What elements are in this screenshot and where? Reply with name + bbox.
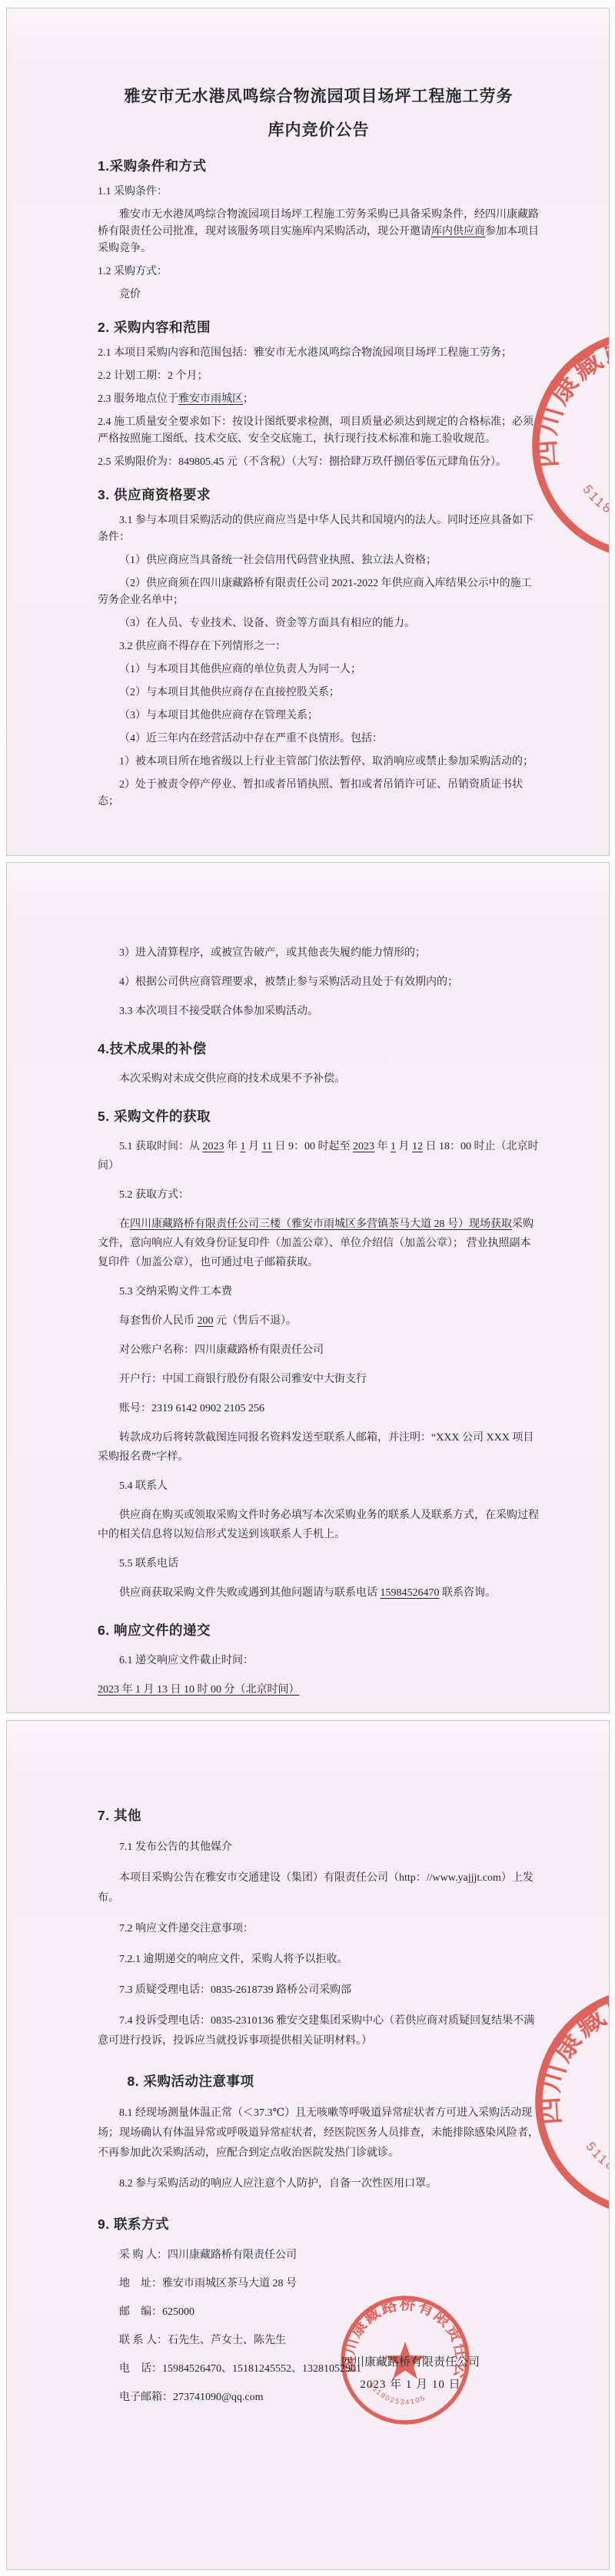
underlined-text: 15984526470 xyxy=(381,1587,440,1599)
text-span: 2.2 计划工期：2 个月； xyxy=(98,370,208,382)
paragraph: 本项目采购公告在雅安市交通建设（集团）有限责任公司（http：//www.yaj… xyxy=(98,1868,540,1908)
text-span: 1.1 采购条件： xyxy=(98,186,168,197)
paragraph: （3）在人员、专业技术、设备、资金等方面具有相应的能力。 xyxy=(98,615,540,632)
paragraph: 5.5 联系电话 xyxy=(98,1554,540,1573)
paragraph: 5.2 获取方式： xyxy=(98,1185,540,1205)
signature-company: 四川康藏路桥有限责任公司 xyxy=(261,2354,560,2371)
underlined-text: 库内供应商 xyxy=(431,226,485,237)
paragraph: 6.2 递交地址 xyxy=(98,1709,540,1713)
underlined-text: 2023 年 1 月 13 日 10 时 00 分（北京时间） xyxy=(98,1684,300,1696)
underlined-text: 12 xyxy=(412,1141,423,1152)
text-span: 4.技术成果的补偿 xyxy=(98,1041,207,1056)
text-span: 8.2 参与采购活动的响应人应注意个人防护，自备一次性医用口罩。 xyxy=(119,2178,437,2190)
contact-line: 邮 编：625000 xyxy=(98,2303,540,2321)
page-1-blocks: 1.1 采购条件：雅安市无水港凤鸣综合物流园项目场坪工程施工劳务采购已具备采购条… xyxy=(98,184,540,811)
text-span: 5. 采购文件的获取 xyxy=(98,1109,211,1124)
text-span: 地 址：雅安市雨城区茶马大道 28 号 xyxy=(119,2278,297,2289)
text-span: 5.1 获取时间：从 xyxy=(119,1141,203,1152)
paragraph: 4）根据公司供应商管理要求，被禁止参与采购活动且处于有效期内的； xyxy=(98,973,540,992)
paragraph: 2.4 施工质量安全要求如下：按设计图纸要求检测，项目质量必须达到规定的合格标准… xyxy=(98,414,540,448)
text-span: （1）与本项目其他供应商的单位负责人为同一人； xyxy=(119,664,361,675)
paragraph: 3.3 本次项目不接受联合体参加采购活动。 xyxy=(98,1002,540,1021)
text-span: 本项目采购公告在雅安市交通建设（集团）有限责任公司（http：//www.yaj… xyxy=(98,1872,534,1904)
text-span: 对公账户名称：四川康藏路桥有限责任公司 xyxy=(119,1344,324,1356)
paragraph: 雅安市无水港凤鸣综合物流园项目场坪工程施工劳务采购已具备采购条件，经四川康藏路桥… xyxy=(98,207,540,257)
text-span: 3）进入清算程序，或被宣告破产，或其他丧失履约能力情形的； xyxy=(119,947,426,959)
text-span: 2.5 采购限价为：849805.45 元（不含税）（大写：捌拾肆万玖仟捌佰零伍… xyxy=(98,456,507,468)
text-span: 在 xyxy=(119,1218,130,1230)
text-span: 8. 采购活动注意事项 xyxy=(128,2074,254,2089)
paragraph: 2.2 计划工期：2 个月； xyxy=(98,368,540,385)
paragraph: 3.2 供应商不得存在下列情形之一： xyxy=(98,638,540,655)
scanned-document-viewer: 四川康藏路桥有限责任公司 511802534105 雅安市无水港凤鸣综合物流园项… xyxy=(0,0,615,2576)
text-span: （4）近三年内在经营活动中存在严重不良情形。包括： xyxy=(119,733,383,744)
paragraph: 账号：2319 6142 0902 2105 256 xyxy=(98,1399,540,1418)
paragraph: 2.5 采购限价为：849805.45 元（不含税）（大写：捌拾肆万玖仟捌佰零伍… xyxy=(98,454,540,471)
section-heading: 4.技术成果的补偿 xyxy=(98,1039,540,1059)
text-span: 2.1 本项目采购内容和范围包括：雅安市无水港凤鸣综合物流园项目场坪工程施工劳务… xyxy=(98,347,512,359)
paragraph: 7.1 发布公告的其他媒介 xyxy=(98,1838,540,1858)
text-span: 6. 响应文件的递交 xyxy=(98,1623,211,1638)
text-span: 供应商在购买或领取采购文件时务必填写本次采购业务的联系人及联系方式，在采购过程中… xyxy=(98,1510,539,1540)
text-span: 3.1 参与本项目采购活动的供应商应当是中华人民共和国境内的法人。同时还应具备如… xyxy=(98,515,534,543)
document-page-3: 四川康藏路桥有限责任公司 511802534105 四川康藏路桥有限责任公司 5… xyxy=(6,1720,610,2570)
page-3-blocks: 7. 其他7.1 发布公告的其他媒介本项目采购公告在雅安市交通建设（集团）有限责… xyxy=(98,1805,540,2406)
text-span: 7.3 质疑受理电话：0835-2618739 路桥公司采购部 xyxy=(119,1984,351,1996)
paragraph: 竞价 xyxy=(98,287,540,303)
paragraph: 1.1 采购条件： xyxy=(98,184,540,201)
text-span: 5.3 交纳采购文件工本费 xyxy=(119,1286,232,1298)
text-span: 2. 采购内容和范围 xyxy=(98,320,211,335)
text-span: 供应商获取采购文件失败或遇到其他问题请与联系电话 xyxy=(119,1587,381,1599)
paragraph: 本次采购对未成交供应商的技术成果不予补偿。 xyxy=(98,1069,540,1089)
paragraph: 2023 年 1 月 13 日 10 时 00 分（北京时间） xyxy=(98,1680,540,1699)
underlined-text: 四川康藏路桥有限责任公司三楼（雅安市雨城区多营镇茶马大道 28 号）现场获取 xyxy=(130,1218,512,1230)
text-span: （2）与本项目其他供应商存在直接控股关系； xyxy=(119,687,340,698)
text-span: 年 xyxy=(374,1141,391,1152)
section-heading: 8. 采购活动注意事项 xyxy=(128,2071,540,2091)
paragraph: 对公账户名称：四川康藏路桥有限责任公司 xyxy=(98,1341,540,1360)
page-2-content: 3）进入清算程序，或被宣告破产，或其他丧失履约能力情形的；4）根据公司供应商管理… xyxy=(7,863,609,1713)
text-span: 2.3 服务地点位于 xyxy=(98,393,178,405)
text-span: 6.1 递交响应文件截止时间： xyxy=(119,1655,254,1666)
paragraph: 7.4 投诉受理电话：0835-2310136 雅安交建集团采购中心（若供应商对… xyxy=(98,2011,540,2051)
paragraph: 转款成功后将转款截图连同报名资料发送至联系人邮箱，并注明：“XXX 公司 XXX… xyxy=(98,1428,540,1467)
paragraph: 5.4 联系人 xyxy=(98,1477,540,1496)
text-span: 1）被本项目所在地省级以上行业主管部门依法暂停、取消响应或禁止参加采购活动的； xyxy=(119,756,534,767)
paragraph: 每套售价人民币 200 元（售后不退）。 xyxy=(98,1311,540,1331)
document-title-line-2: 库内竞价公告 xyxy=(98,119,540,142)
text-span: 5.4 联系人 xyxy=(119,1480,168,1492)
text-span: 8.1 经现场测量体温正常（＜37.3℃）且无咳嗽等呼吸道异常症状者方可进入采购… xyxy=(98,2107,539,2159)
text-span: 2.4 施工质量安全要求如下：按设计图纸要求检测，项目质量必须达到规定的合格标准… xyxy=(98,416,534,445)
contact-line: 联 系 人：石先生、芦女士、陈先生 xyxy=(98,2332,540,2349)
page-2-blocks: 3）进入清算程序，或被宣告破产，或其他丧失履约能力情形的；4）根据公司供应商管理… xyxy=(98,943,540,1713)
text-span: 7. 其他 xyxy=(98,1808,141,1823)
text-span: 日 9：00 时起至 xyxy=(272,1141,353,1152)
paragraph: 1）被本项目所在地省级以上行业主管部门依法暂停、取消响应或禁止参加采购活动的； xyxy=(98,754,540,771)
paragraph: 3）进入清算程序，或被宣告破产，或其他丧失履约能力情形的； xyxy=(98,943,540,963)
underlined-text: 11 xyxy=(262,1141,272,1152)
text-span: 月 xyxy=(246,1141,262,1152)
paragraph: 8.1 经现场测量体温正常（＜37.3℃）且无咳嗽等呼吸道异常症状者方可进入采购… xyxy=(98,2104,540,2163)
text-span: 联 系 人：石先生、芦女士、陈先生 xyxy=(119,2335,286,2346)
paragraph: 7.2.1 逾期递交的响应文件，采购人将予以拒收。 xyxy=(98,1950,540,1970)
paragraph: （4）近三年内在经营活动中存在严重不良情形。包括： xyxy=(98,731,540,748)
paragraph: 7.2 响应文件递交注意事项： xyxy=(98,1919,540,1939)
paragraph: 7.3 质疑受理电话：0835-2618739 路桥公司采购部 xyxy=(98,1981,540,2001)
paragraph: 5.1 获取时间：从 2023 年 1 月 11 日 9：00 时起至 2023… xyxy=(98,1137,540,1175)
text-span: 3.3 本次项目不接受联合体参加采购活动。 xyxy=(119,1006,318,1017)
text-span: （3）与本项目其他供应商存在管理关系； xyxy=(119,710,318,721)
document-page-1: 四川康藏路桥有限责任公司 511802534105 雅安市无水港凤鸣综合物流园项… xyxy=(6,8,610,856)
text-span: 2）处于被责令停产停业、暂扣或者吊销执照、暂扣或者吊销许可证、吊销资质证书状态； xyxy=(98,779,523,807)
text-span: 账号：2319 6142 0902 2105 256 xyxy=(119,1403,264,1414)
text-span: 联系咨询。 xyxy=(440,1587,497,1599)
paragraph: （2）与本项目其他供应商存在直接控股关系； xyxy=(98,685,540,701)
paragraph: 5.3 交纳采购文件工本费 xyxy=(98,1282,540,1301)
text-span: 3.2 供应商不得存在下列情形之一： xyxy=(119,641,286,652)
text-span: 邮 编：625000 xyxy=(119,2306,194,2318)
section-heading: 6. 响应文件的递交 xyxy=(98,1621,540,1640)
paragraph: 8.2 参与采购活动的响应人应注意个人防护，自备一次性医用口罩。 xyxy=(98,2174,540,2194)
underlined-text: 200 xyxy=(198,1315,214,1327)
paragraph: 2.3 服务地点位于雅安市雨城区； xyxy=(98,391,540,408)
text-span: 1.2 采购方式： xyxy=(98,266,168,277)
underlined-text: 1 xyxy=(391,1141,396,1152)
section-heading: 9. 联系方式 xyxy=(98,2214,540,2234)
text-span: 4）根据公司供应商管理要求，被禁止参与采购活动且处于有效期内的； xyxy=(119,976,458,988)
paragraph: 2.1 本项目采购内容和范围包括：雅安市无水港凤鸣综合物流园项目场坪工程施工劳务… xyxy=(98,345,540,362)
paragraph: 2）处于被责令停产停业、暂扣或者吊销执照、暂扣或者吊销许可证、吊销资质证书状态； xyxy=(98,777,540,811)
underlined-text: 2023 xyxy=(353,1141,374,1152)
paragraph: （1）与本项目其他供应商的单位负责人为同一人； xyxy=(98,661,540,678)
text-span: （2）供应商须在四川康藏路桥有限责任公司 2021-2022 年供应商入库结果公… xyxy=(98,578,532,606)
text-span: 7.1 发布公告的其他媒介 xyxy=(119,1842,232,1853)
text-span: 电子邮箱：273741090@qq.com xyxy=(119,2392,264,2403)
paragraph: 供应商获取采购文件失败或遇到其他问题请与联系电话 15984526470 联系咨… xyxy=(98,1583,540,1603)
text-span: 7.4 投诉受理电话：0835-2310136 雅安交建集团采购中心（若供应商对… xyxy=(98,2015,534,2047)
text-span: 月 xyxy=(396,1141,412,1152)
text-span: 5.5 联系电话 xyxy=(119,1558,178,1570)
paragraph: （2）供应商须在四川康藏路桥有限责任公司 2021-2022 年供应商入库结果公… xyxy=(98,575,540,609)
text-span: 转款成功后将转款截图连同报名资料发送至联系人邮箱，并注明：“XXX 公司 XXX… xyxy=(98,1432,534,1463)
section-heading: 2. 采购内容和范围 xyxy=(98,319,540,336)
contact-line: 采 购 人：四川康藏路桥有限责任公司 xyxy=(98,2246,540,2264)
section-heading: 3. 供应商资格要求 xyxy=(98,486,540,503)
text-span: 5.2 获取方式： xyxy=(119,1189,189,1201)
text-span: 每套售价人民币 xyxy=(119,1315,198,1327)
text-span: ； xyxy=(243,393,254,405)
paragraph: 1.2 采购方式： xyxy=(98,264,540,280)
underlined-text: 1 xyxy=(241,1141,246,1152)
signature-block: 四川康藏路桥有限责任公司 2023 年 1 月 10 日 xyxy=(261,2354,560,2393)
text-span: 7.2 响应文件递交注意事项： xyxy=(119,1923,254,1934)
paragraph: （1）供应商应当具备统一社会信用代码营业执照、独立法人资格； xyxy=(98,552,540,569)
signature-date: 2023 年 1 月 10 日 xyxy=(261,2376,560,2393)
section-heading: 7. 其他 xyxy=(98,1805,540,1825)
text-span: 3. 供应商资格要求 xyxy=(98,487,211,502)
document-title-line-1: 雅安市无水港凤鸣综合物流园项目场坪工程施工劳务 xyxy=(98,85,540,108)
paragraph: 3.1 参与本项目采购活动的供应商应当是中华人民共和国境内的法人。同时还应具备如… xyxy=(98,512,540,546)
document-title: 雅安市无水港凤鸣综合物流园项目场坪工程施工劳务 库内竞价公告 xyxy=(98,85,540,142)
text-span: 开户行：中国工商银行股份有限公司雅安中大街支行 xyxy=(119,1374,367,1385)
text-span: （3）在人员、专业技术、设备、资金等方面具有相应的能力。 xyxy=(119,618,415,629)
section-heading: 5. 采购文件的获取 xyxy=(98,1107,540,1126)
paragraph: 供应商在购买或领取采购文件时务必填写本次采购业务的联系人及联系方式，在采购过程中… xyxy=(98,1506,540,1544)
paragraph: （3）与本项目其他供应商存在管理关系； xyxy=(98,708,540,724)
text-span: 竞价 xyxy=(119,289,141,300)
document-page-2: 3）进入清算程序，或被宣告破产，或其他丧失履约能力情形的；4）根据公司供应商管理… xyxy=(6,862,610,1713)
text-span: 采 购 人：四川康藏路桥有限责任公司 xyxy=(119,2249,297,2261)
paragraph: 开户行：中国工商银行股份有限公司雅安中大街支行 xyxy=(98,1370,540,1389)
page-1-content: 雅安市无水港凤鸣综合物流园项目场坪工程施工劳务 库内竞价公告 1.采购条件和方式… xyxy=(7,8,609,811)
text-span: 元（售后不退）。 xyxy=(214,1315,298,1327)
text-span: 7.2.1 逾期递交的响应文件，采购人将予以拒收。 xyxy=(119,1954,348,1965)
text-span: （1）供应商应当具备统一社会信用代码营业执照、独立法人资格； xyxy=(119,555,437,566)
text-span: 本次采购对未成交供应商的技术成果不予补偿。 xyxy=(119,1073,345,1085)
paragraph: 6.1 递交响应文件截止时间： xyxy=(98,1651,540,1670)
text-span: 年 xyxy=(224,1141,241,1152)
paragraph: 在四川康藏路桥有限责任公司三楼（雅安市雨城区多营镇茶马大道 28 号）现场获取采… xyxy=(98,1215,540,1272)
contact-line: 地 址：雅安市雨城区茶马大道 28 号 xyxy=(98,2275,540,2293)
underlined-text: 2023 xyxy=(203,1141,224,1152)
section-heading: 1.采购条件和方式 xyxy=(98,157,540,174)
underlined-text: 雅安市雨城区 xyxy=(178,393,243,405)
page-3-content: 7. 其他7.1 发布公告的其他媒介本项目采购公告在雅安市交通建设（集团）有限责… xyxy=(7,1721,609,2406)
text-span: 9. 联系方式 xyxy=(98,2216,169,2232)
